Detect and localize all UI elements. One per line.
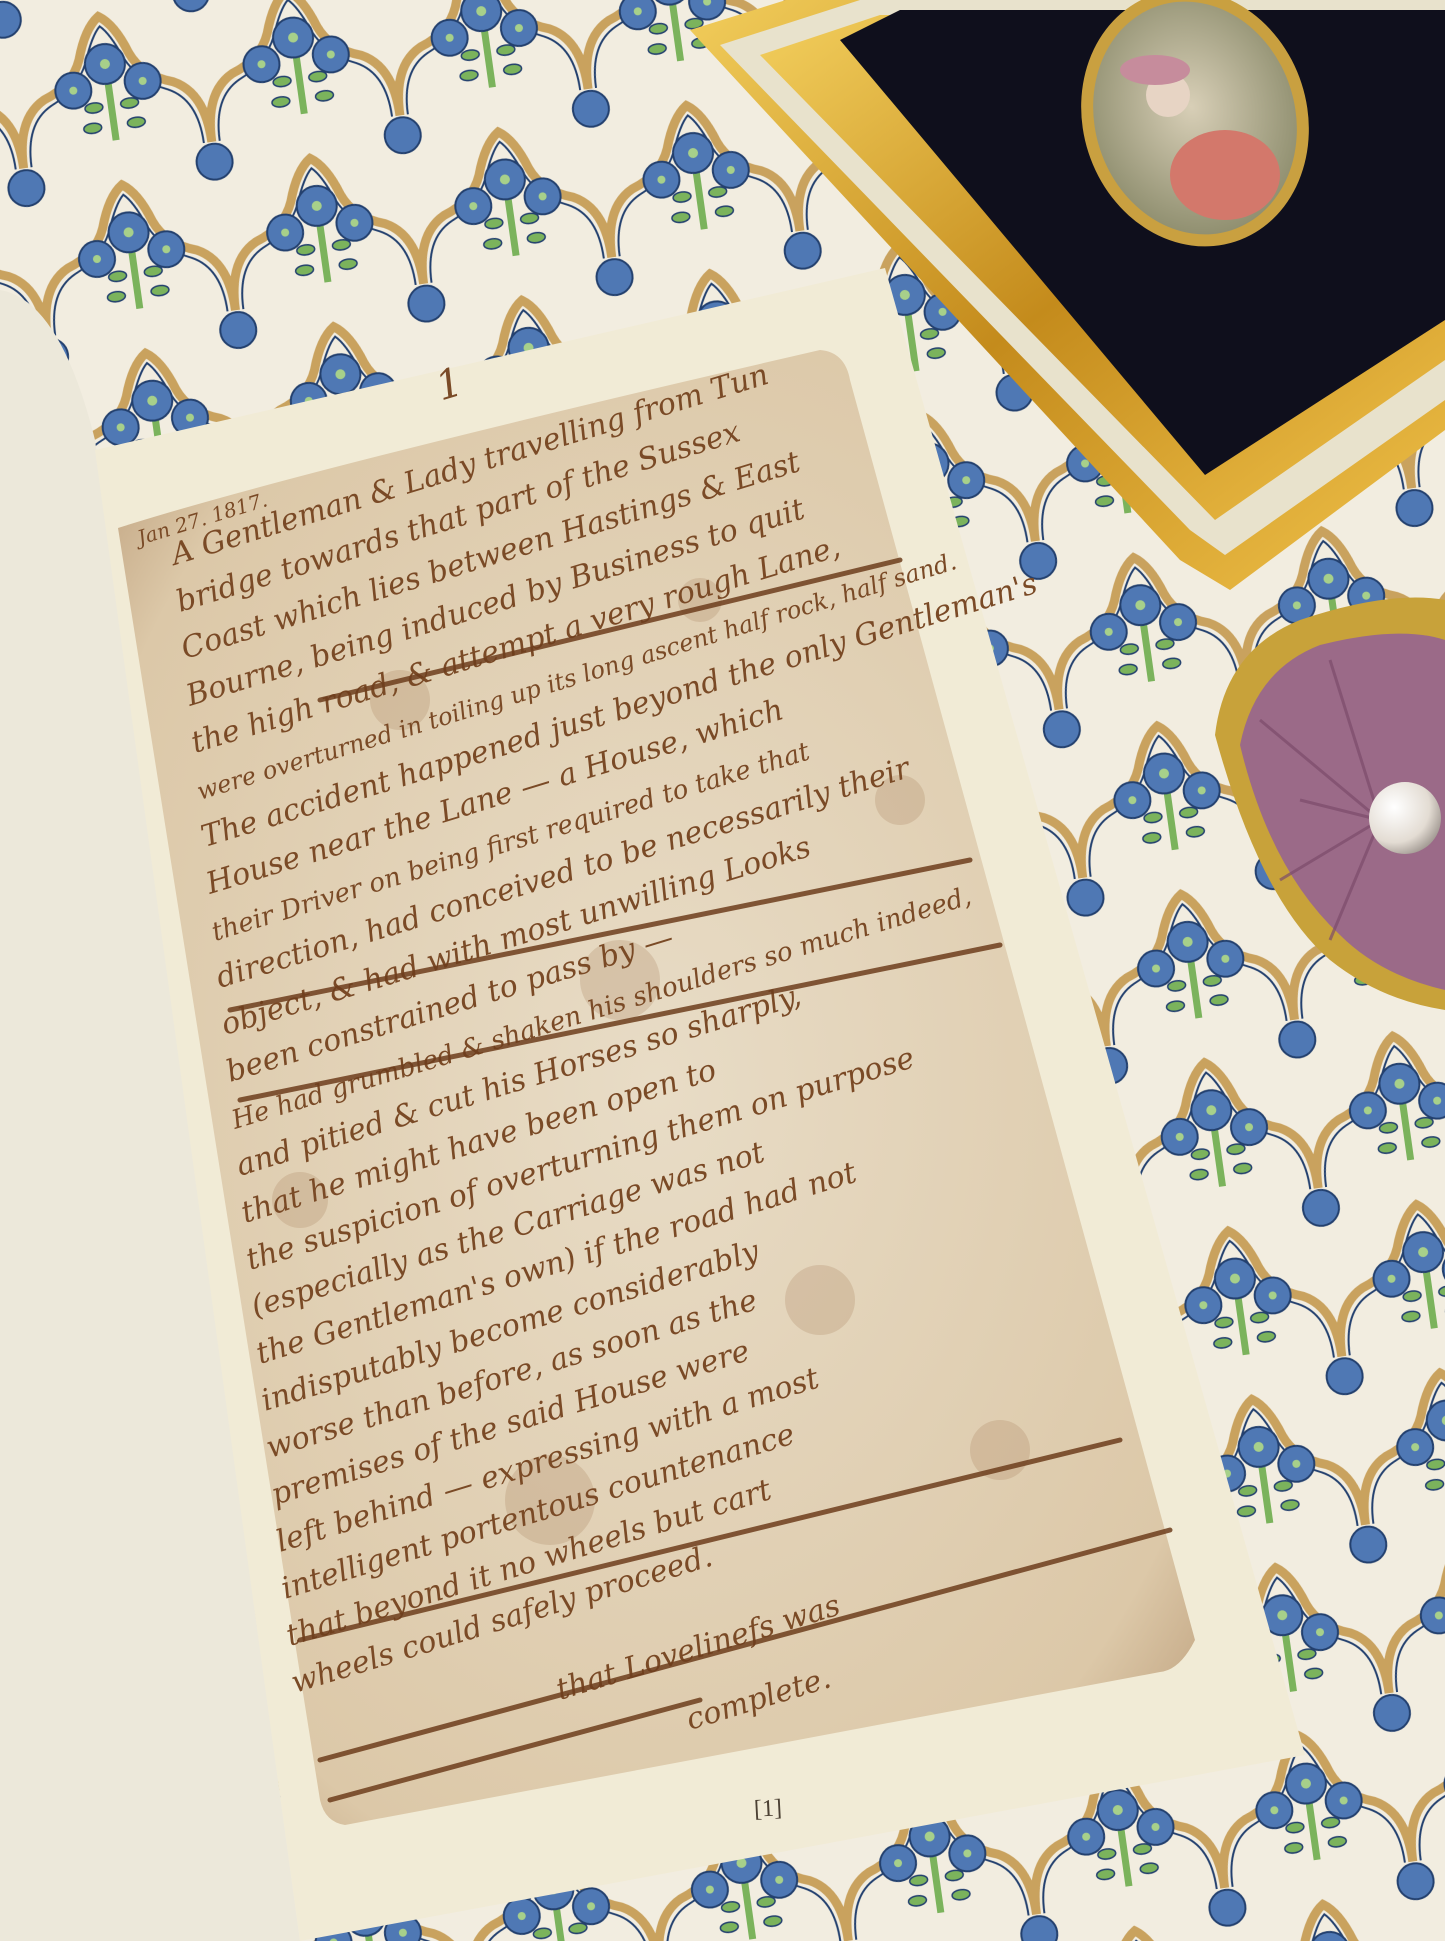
pearl bbox=[1369, 782, 1441, 854]
photo-scene: 1 Jan 27. 1817. A Gentleman & Lady trave… bbox=[0, 0, 1445, 1941]
page-number: [1] bbox=[753, 1795, 782, 1823]
scene-canvas: 1 Jan 27. 1817. A Gentleman & Lady trave… bbox=[0, 0, 1445, 1941]
